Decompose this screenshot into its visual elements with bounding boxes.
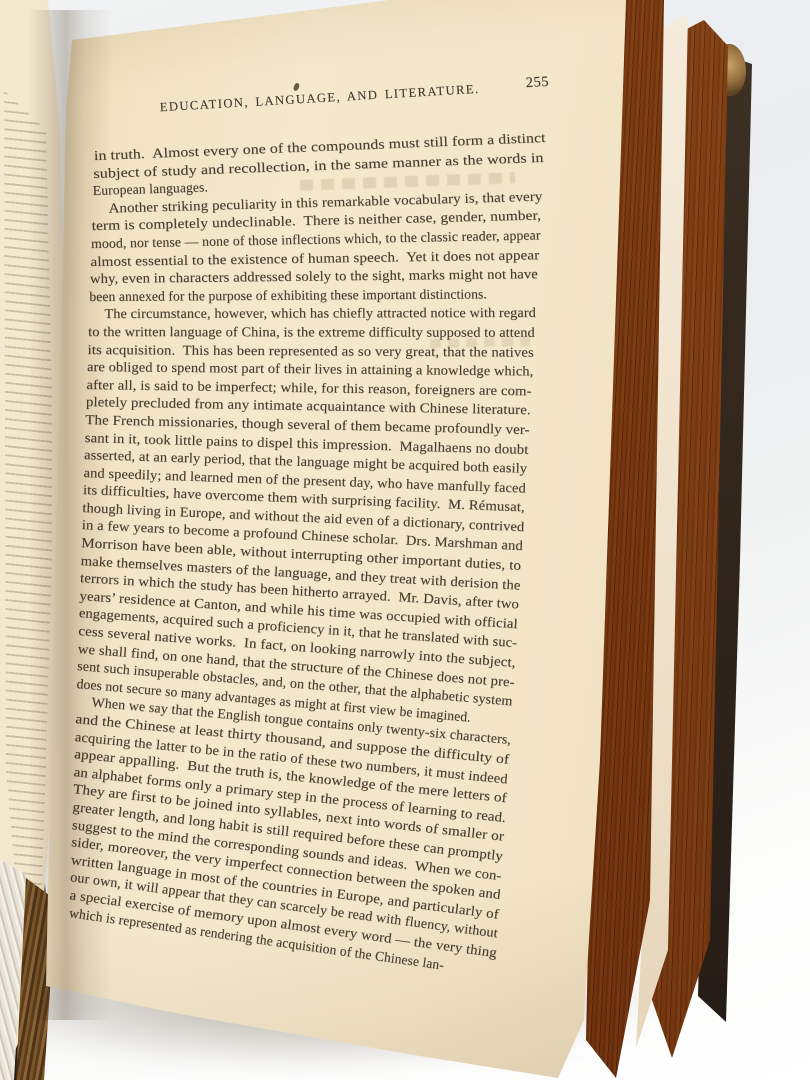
text-line: its acquisition. This has been represent…: [88, 342, 534, 361]
ink-speck: [293, 82, 300, 91]
text-line: been annexed for the purpose of exhibiti…: [89, 286, 487, 305]
text-column: in truth. Almost every one of the compou…: [94, 148, 564, 922]
text-line: The circumstance, however, which has chi…: [89, 305, 536, 322]
page-number: 255: [525, 74, 549, 92]
page-header-title: EDUCATION, LANGUAGE, AND LITERATURE.: [94, 78, 546, 119]
book-photo-scene: EDUCATION, LANGUAGE, AND LITERATURE. 255…: [0, 0, 810, 1080]
text-line: why, even in characters addressed solely…: [90, 266, 538, 287]
text-line: to the written language of China, is the…: [88, 324, 535, 341]
running-header: EDUCATION, LANGUAGE, AND LITERATURE. 255: [94, 78, 546, 119]
gutter-shadow: [28, 10, 112, 1020]
